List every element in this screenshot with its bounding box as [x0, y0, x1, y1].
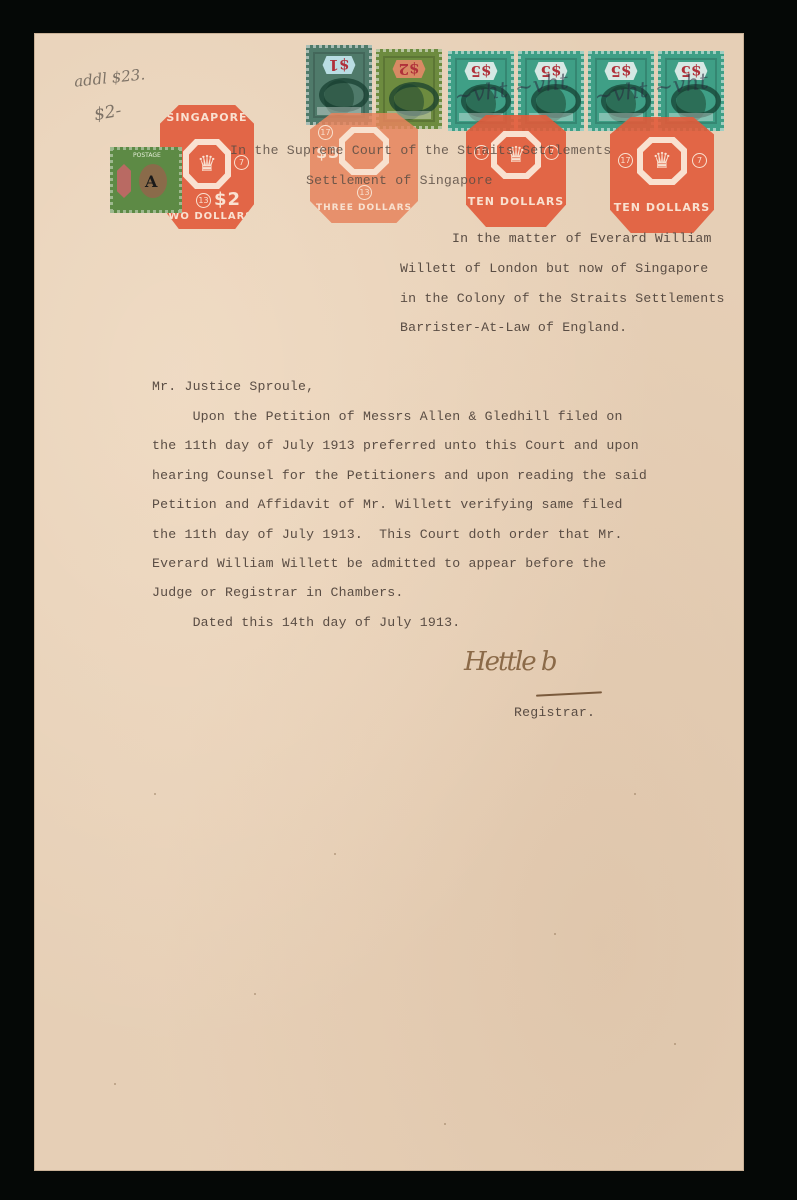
- body-line-4: Petition and Affidavit of Mr. Willett ve…: [152, 497, 623, 512]
- body-line-6: Everard William Willett be admitted to a…: [152, 556, 606, 571]
- matter-line-3: in the Colony of the Straits Settlements: [400, 291, 725, 306]
- embossed-stamp-value: $2: [214, 189, 241, 210]
- embossed-stamp-top-text: SINGAPORE: [160, 111, 254, 124]
- body-line-7: Judge or Registrar in Chambers.: [152, 585, 404, 600]
- embossed-revenue-stamp-3-dollars: 17 $3 13 THREE DOLLARS: [310, 113, 418, 223]
- matter-line-4: Barrister-At-Law of England.: [400, 320, 627, 335]
- stamp-value-panel: [117, 164, 131, 198]
- embossed-die-number-left: 13: [196, 193, 211, 208]
- document-page: addl $23. $2- SINGAPORE ♛ 13 7 $2 TWO DO…: [34, 33, 744, 1171]
- postage-stamp-small-green: POSTAGE A: [110, 147, 182, 213]
- embossed-die-number-left: 17: [618, 153, 633, 168]
- embossed-stamp-bottom-text: THREE DOLLARS: [310, 203, 418, 213]
- crown-frame: ♛: [637, 137, 687, 185]
- dated-line: Dated this 14th day of July 1913.: [152, 615, 460, 630]
- body-line-5: the 11th day of July 1913. This Court do…: [152, 527, 623, 542]
- stamp-value: $5: [465, 62, 498, 80]
- crown-frame: ♛: [183, 139, 231, 189]
- matter-line-2: Willett of London but now of Singapore: [400, 261, 708, 276]
- settlement-heading: Settlement of Singapore: [306, 173, 493, 188]
- salutation: Mr. Justice Sproule,: [152, 379, 314, 394]
- stamp-value: $1: [323, 56, 356, 74]
- stamp-value: $5: [605, 62, 638, 80]
- registrar-signature: Hettle b: [464, 647, 556, 677]
- court-heading: In the Supreme Court of the Straits Sett…: [230, 143, 611, 158]
- stamp-cancel-mark: A: [145, 172, 157, 191]
- body-line-1: Upon the Petition of Messrs Allen & Gled…: [152, 409, 623, 424]
- registrar-title: Registrar.: [514, 705, 595, 720]
- signature-underline: [536, 691, 602, 696]
- handwritten-note-fee: $2-: [92, 101, 122, 125]
- postage-stamp-label: POSTAGE: [133, 152, 161, 159]
- embossed-revenue-stamp-10-dollars: ♛ 17 7 TEN DOLLARS: [610, 117, 714, 233]
- crown-icon: ♛: [652, 150, 672, 172]
- stamp-value: $2: [393, 60, 426, 78]
- embossed-revenue-stamp-10-dollars: ♛ 17 7 TEN DOLLARS: [466, 115, 566, 227]
- body-line-3: hearing Counsel for the Petitioners and …: [152, 468, 647, 483]
- embossed-stamp-bottom-text: TEN DOLLARS: [466, 195, 566, 208]
- embossed-stamp-bottom-text: TEN DOLLARS: [610, 201, 714, 214]
- body-line-2: the 11th day of July 1913 preferred unto…: [152, 438, 639, 453]
- handwritten-note-addl: addl $23.: [73, 65, 146, 90]
- crown-icon: ♛: [197, 153, 217, 175]
- embossed-die-number-left: 17: [318, 125, 333, 140]
- matter-line-1: In the matter of Everard William: [452, 231, 712, 246]
- embossed-die-number-right: 7: [692, 153, 707, 168]
